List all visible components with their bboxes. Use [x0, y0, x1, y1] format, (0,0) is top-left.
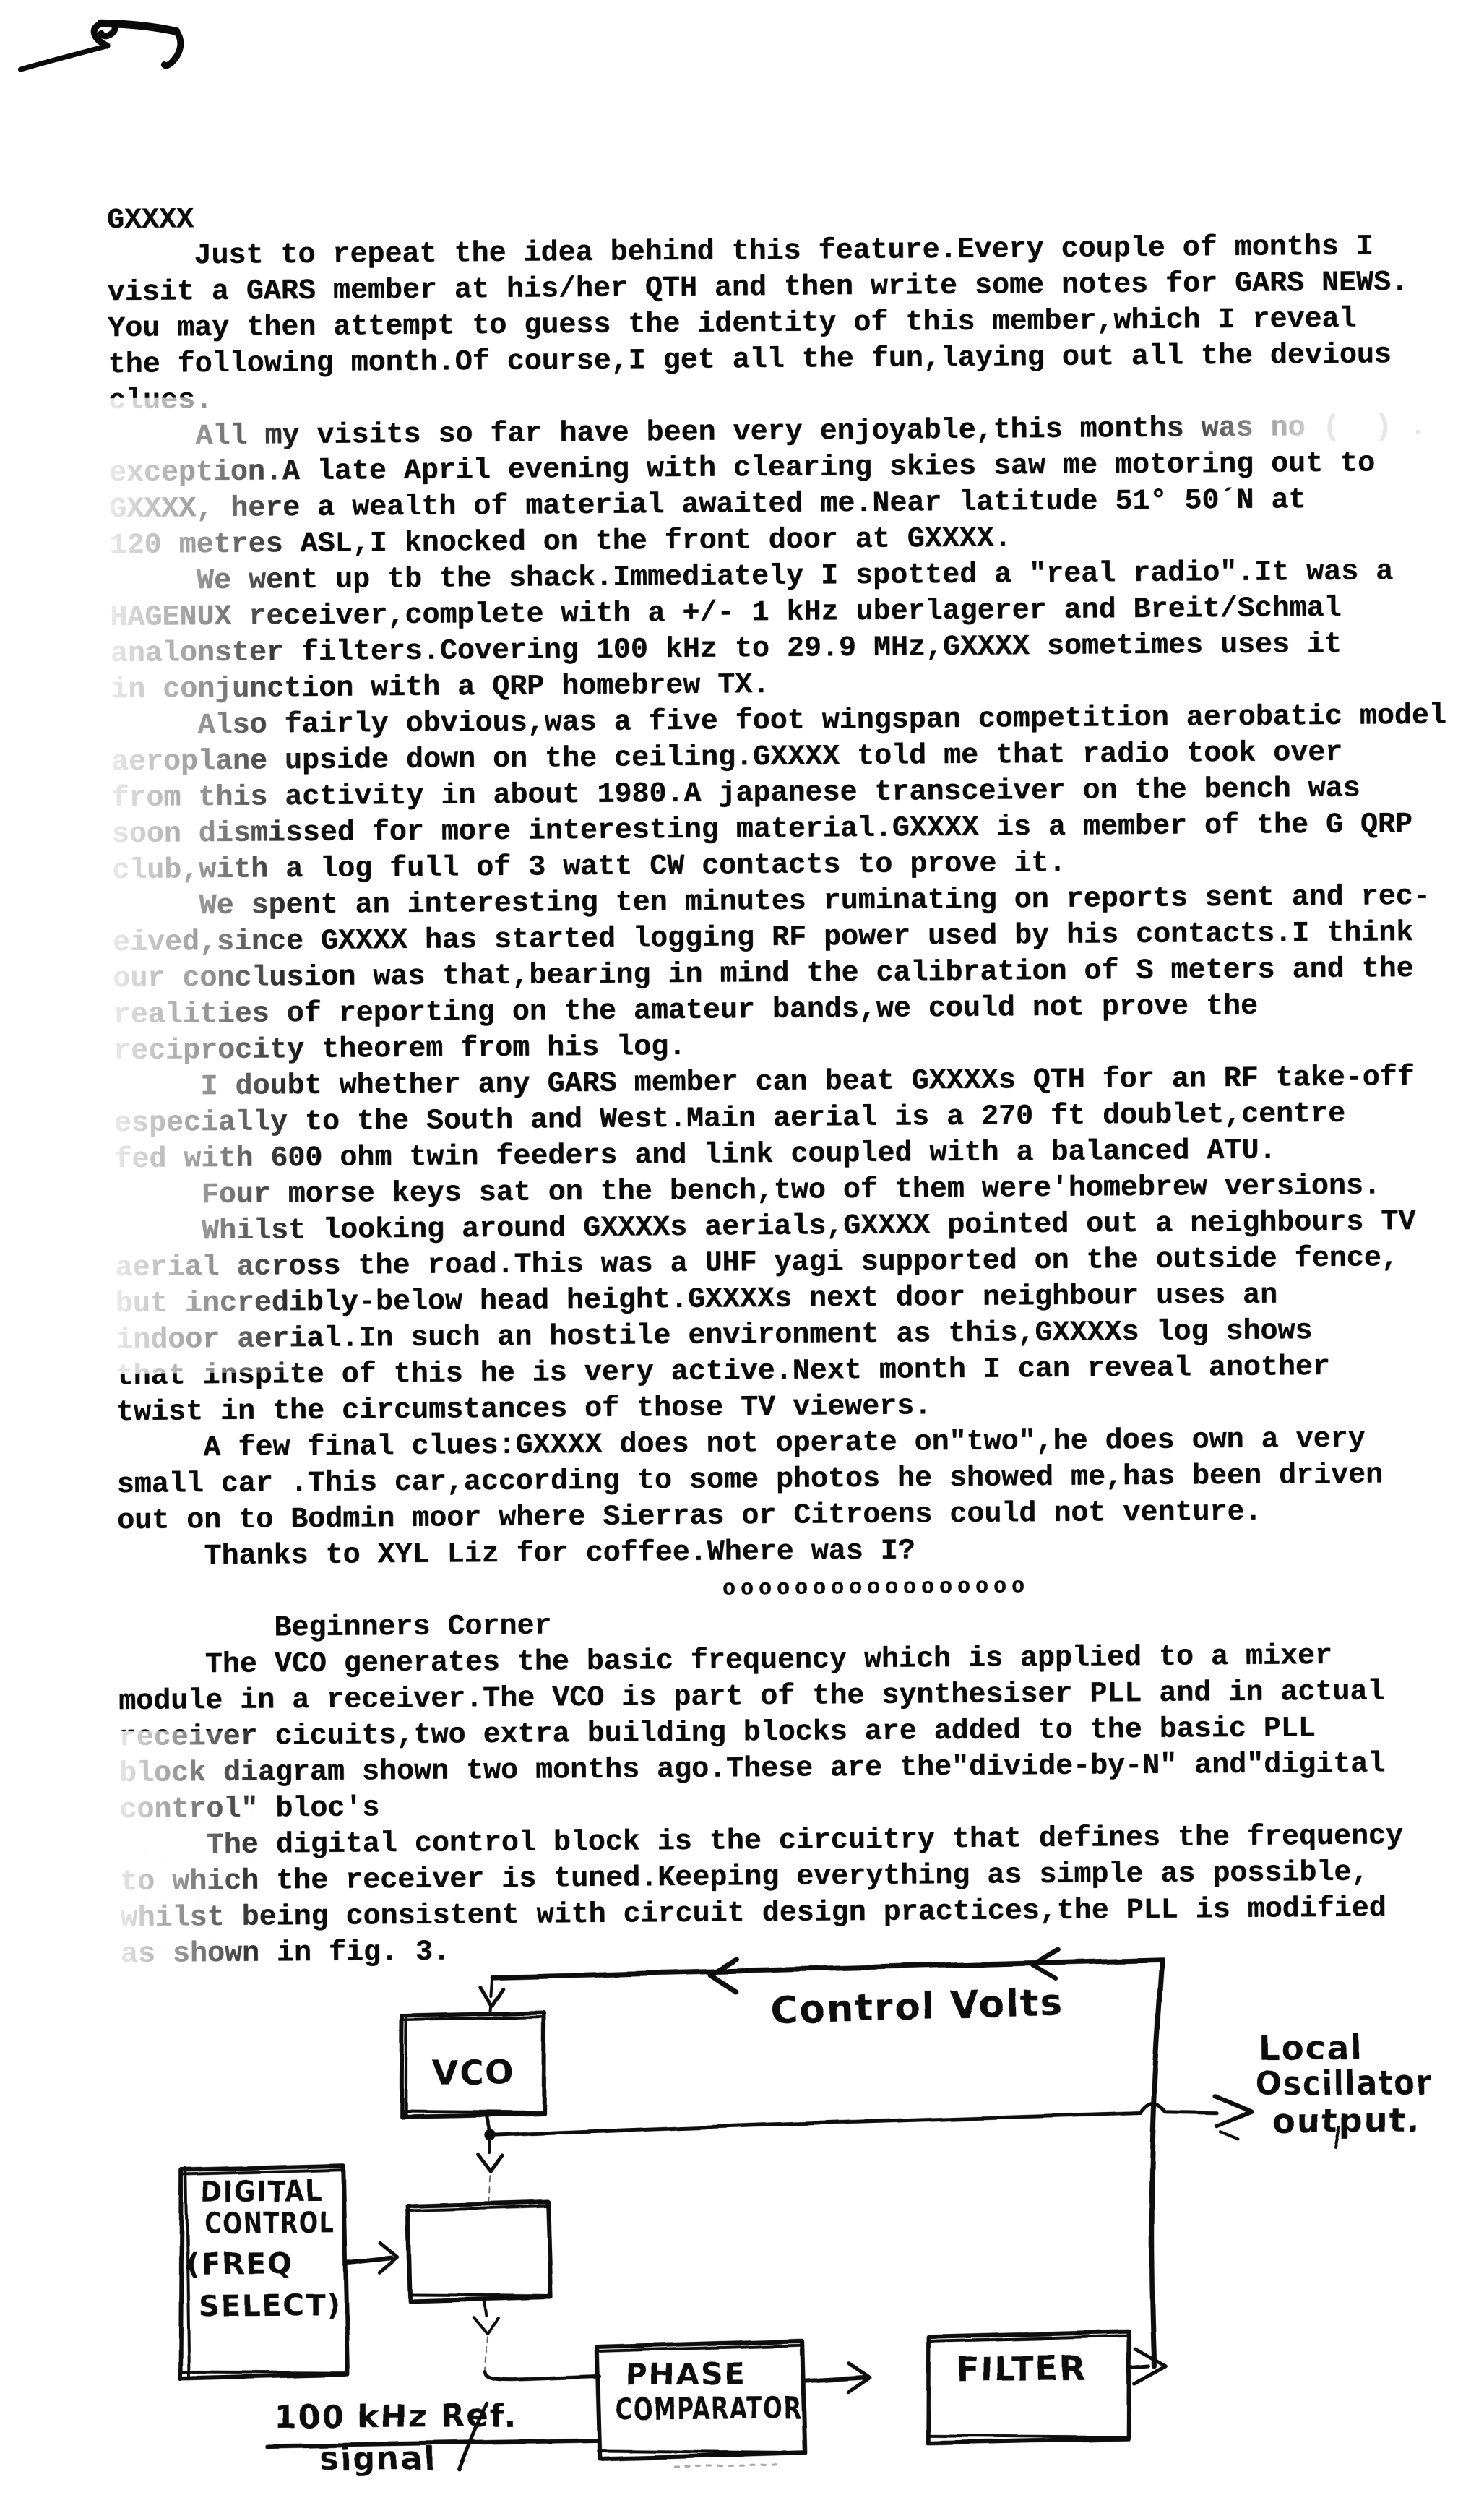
- text-line: GXXXX: [107, 202, 194, 239]
- divn-output-line: [485, 2301, 487, 2316]
- page-content: GXXXX Just to repeat the idea behind thi…: [0, 0, 1484, 2495]
- text-line: twist in the circumstances of those TV v…: [116, 1389, 932, 1431]
- divide-by-n-box: [408, 2202, 551, 2301]
- vco-input-line: [489, 1978, 491, 2014]
- dots-separator: ooooooooooooooooo: [722, 1569, 1030, 1607]
- faint-dashes: [675, 2465, 780, 2467]
- text-line: in conjunction with a QRP homebrew TX.: [111, 668, 770, 709]
- faint-wire: [484, 2337, 488, 2370]
- arrow-left-icon: [709, 1959, 736, 1991]
- arrow-down-icon: [474, 2317, 499, 2334]
- ref-label-line1: 100 kHz Ref.: [275, 2397, 517, 2436]
- vco-output-line: [487, 2116, 490, 2132]
- filter-label: FILTER: [956, 2349, 1087, 2389]
- arrow-right-icon: [1214, 2095, 1251, 2126]
- phase-comparator-label-line2: COMPARATOR: [616, 2390, 802, 2427]
- pll-block-diagram: Control Volts Local Oscillator output. V…: [14, 1937, 1484, 2495]
- filter-output-line: [1129, 2366, 1148, 2368]
- text-line: clues.: [108, 383, 212, 420]
- digital-control-label-line4: SELECT): [199, 2289, 342, 2324]
- text-line: reciprocity theorem from his log.: [113, 1030, 686, 1070]
- vco-label: VCO: [432, 2053, 515, 2093]
- local-osc-label-line2: Oscillator: [1256, 2063, 1432, 2103]
- digital-control-label-line1: DIGITAL: [200, 2175, 323, 2209]
- dc-to-divn-line: [347, 2258, 392, 2262]
- text-line: Beginners Corner: [118, 1608, 551, 1648]
- arrow-down-icon: [478, 2155, 503, 2172]
- scanned-page: GXXXX Just to repeat the idea behind thi…: [0, 0, 1484, 2495]
- local-osc-label-line3: output.: [1272, 2100, 1421, 2141]
- lo-output-line: [496, 2113, 1141, 2135]
- phase-to-filter-line: [805, 2377, 864, 2381]
- digital-control-label-line3: (FREQ: [186, 2247, 293, 2281]
- divn-to-phase-line: [484, 2371, 599, 2379]
- text-line: control" bloc's: [119, 1791, 379, 1829]
- control-volts-line: [492, 1960, 1162, 1977]
- digital-control-label-line2: CONTROL: [205, 2207, 335, 2241]
- arrow-tail-stroke: [1220, 2132, 1238, 2139]
- text-line: Thanks to XYL Liz for coffee.Where was I…: [117, 1533, 915, 1576]
- local-osc-label-line1: Local: [1259, 2028, 1363, 2068]
- divn-input-line: [490, 2139, 491, 2153]
- ref-label-line2: signal: [319, 2440, 436, 2478]
- article-text: GXXXX Just to repeat the idea behind thi…: [0, 0, 1484, 1996]
- feedback-line: [1149, 1960, 1166, 2366]
- faint-wire: [488, 2176, 491, 2203]
- control-volts-label: Control Volts: [770, 1981, 1064, 2033]
- phase-comparator-label-line1: PHASE: [625, 2356, 746, 2392]
- divn-double-stroke: [410, 2206, 550, 2297]
